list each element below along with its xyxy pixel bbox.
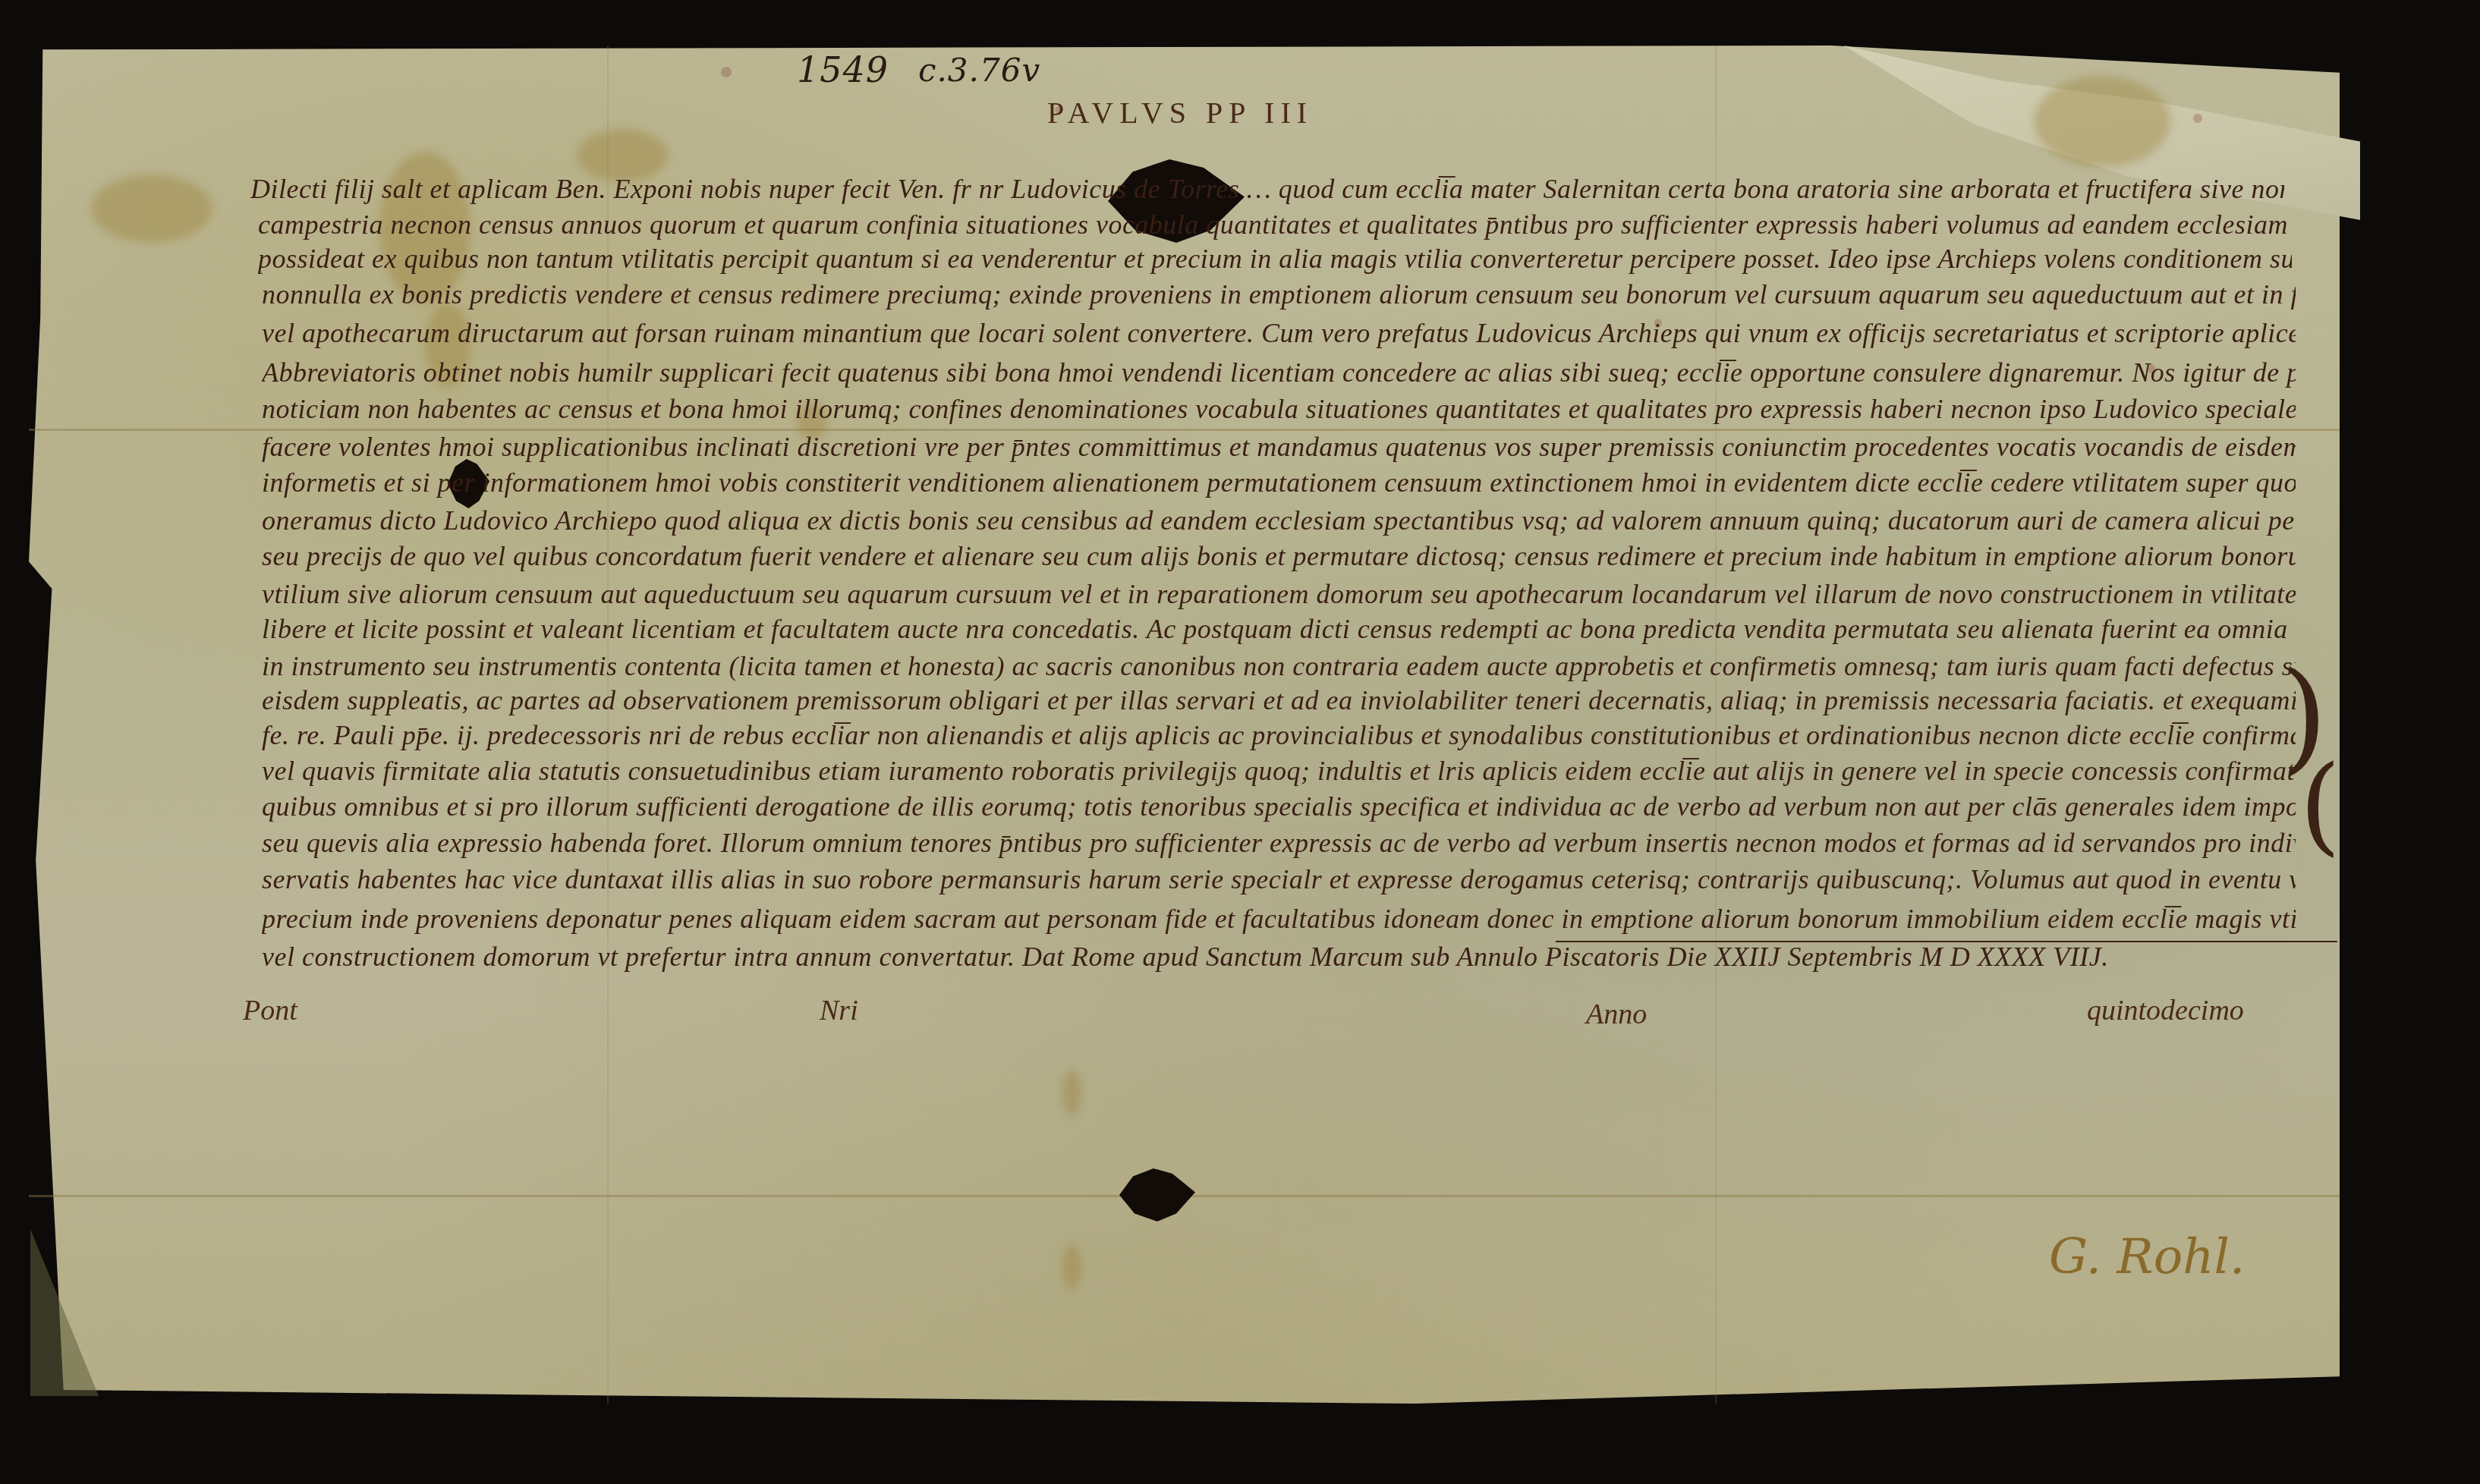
margin-bracket: ( [2299,744,2341,867]
text-line-15: eisdem suppleatis, ac partes ad observat… [262,684,2296,716]
text-line-9: informetis et si per informationem hmoi … [262,467,2296,498]
text-line-18: quibus omnibus et si pro illorum suffici… [262,791,2296,822]
water-stain [2034,76,2170,167]
footer-nri: Nri [820,994,858,1027]
text-line-13: libere et licite possint et valeant lice… [262,613,2296,645]
text-line-2: campestria necnon census annuos quorum e… [258,209,2292,241]
text-line-16: fe. re. Pauli pp̄e. ij. predecessoris nr… [262,719,2296,751]
text-line-12: vtilium sive aliorum censuum aut aqueduc… [262,578,2296,610]
spot [2193,114,2202,123]
text-line-10: oneramus dicto Ludovico Archiepo quod al… [262,505,2296,536]
signature: G. Rohl. [2049,1229,2245,1285]
text-line-4: nonnulla ex bonis predictis vendere et c… [262,278,2296,310]
text-line-6: Abbreviatoris obtinet nobis humilr suppl… [262,357,2296,388]
underline-rule [1556,941,2337,942]
text-line-14: in instrumento seu instrumentis contenta… [262,650,2296,682]
footer-pont: Pont [243,994,297,1027]
text-line-5: vel apothecarum diructarum aut forsan ru… [262,317,2296,349]
folded-corner-shadow [30,1229,99,1396]
text-line-1: Dilecti filij salt et aplicam Ben. Expon… [250,173,2284,205]
spot [721,67,732,77]
folio-annotation: c.3.76v [918,52,1040,89]
footer-anno: Anno [1586,998,1647,1031]
text-line-3: possideat ex quibus non tantum vtilitati… [258,243,2292,275]
year-annotation: 1549 [797,49,889,90]
text-line-21: precium inde proveniens deponatur penes … [262,903,2296,935]
water-stain [91,174,212,243]
text-line-22: vel constructionem domorum vt prefertur … [262,941,2296,973]
text-line-11: seu precijs de quo vel quibus concordatu… [262,540,2296,572]
footer-year-of-pontificate: quintodecimo [2087,994,2244,1027]
water-stain [1062,1070,1081,1115]
text-line-8: facere volentes hmoi supplicationibus in… [262,431,2296,463]
text-line-7: noticiam non habentes ac census et bona … [262,393,2296,425]
page-title: PAVLVS PP III [1047,95,1313,130]
text-line-19: seu quevis alia expressio habenda foret.… [262,827,2296,859]
water-stain [1062,1244,1081,1290]
text-line-20: servatis habentes hac vice duntaxat illi… [262,863,2296,895]
text-line-17: vel quavis firmitate alia statutis consu… [262,755,2296,787]
